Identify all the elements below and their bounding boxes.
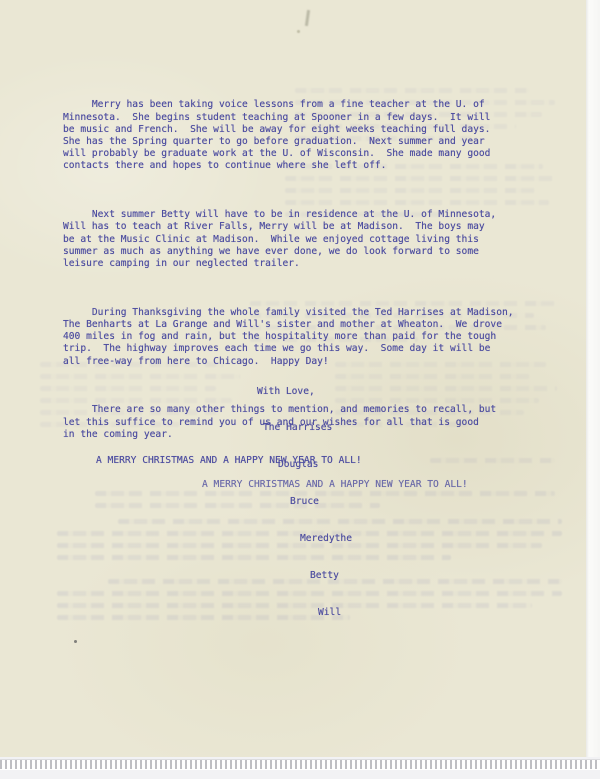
sheet-protector-edge — [0, 757, 600, 779]
signature-line: Will — [318, 607, 586, 619]
paper-speck — [297, 30, 300, 33]
signature-line: Meredythe — [300, 533, 586, 545]
signature-block: With Love, The Harrises Douglas Bruce Me… — [0, 361, 586, 644]
page-right-edge — [586, 0, 600, 757]
signature-line: The Harrises — [263, 422, 586, 434]
signature-line: Betty — [310, 570, 586, 582]
letter-paragraph: Next summer Betty will have to be in res… — [63, 209, 563, 270]
closing-greeting: A MERRY CHRISTMAS AND A HAPPY NEW YEAR T… — [96, 455, 362, 466]
closing-greeting-echo: A MERRY CHRISTMAS AND A HAPPY NEW YEAR T… — [202, 479, 468, 490]
signature-line: Bruce — [290, 496, 586, 508]
scanned-letter: Merry has been taking voice lessons from… — [0, 0, 600, 779]
letter-paragraph: Merry has been taking voice lessons from… — [63, 99, 563, 172]
letter-page: Merry has been taking voice lessons from… — [0, 0, 586, 757]
letter-paragraph: During Thanksgiving the whole family vis… — [63, 307, 563, 368]
signature-line: With Love, — [257, 386, 586, 398]
paper-smudge — [305, 10, 310, 26]
sheet-protector-serration — [0, 759, 600, 770]
